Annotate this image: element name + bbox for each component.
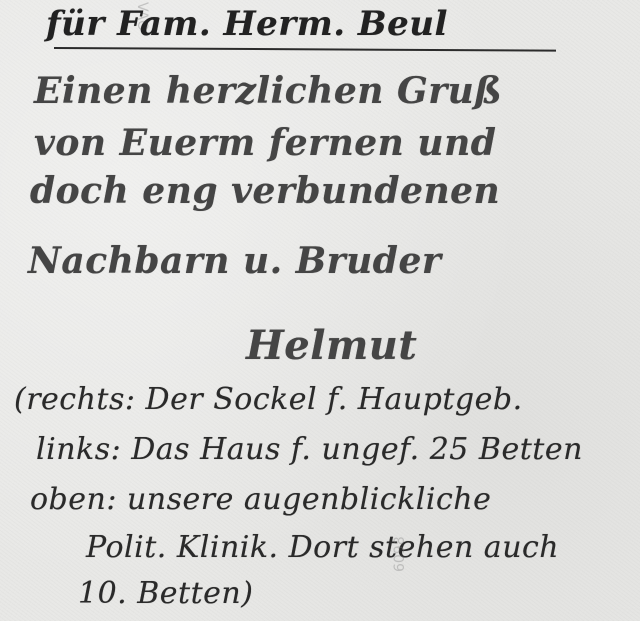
- handwritten-note-paper: VAO für Fam. Herm. Beul Einen herzlichen…: [0, 0, 640, 621]
- signature: Helmut: [246, 322, 417, 369]
- address-line: für Fam. Herm. Beul: [46, 4, 448, 44]
- greeting-line-2: von Euerm fernen und: [34, 122, 496, 164]
- caption-line-2: links: Das Haus f. ungef. 25 Betten: [36, 432, 583, 467]
- faint-archive-number: 6098: [392, 536, 408, 572]
- greeting-line-4: Nachbarn u. Bruder: [28, 240, 441, 282]
- caption-line-1: (rechts: Der Sockel f. Hauptgeb.: [14, 382, 523, 417]
- greeting-line-3: doch eng verbundenen: [30, 170, 500, 212]
- greeting-line-1: Einen herzlichen Gruß: [34, 70, 502, 112]
- address-underline: [54, 47, 556, 52]
- caption-line-3: oben: unsere augenblickliche: [30, 482, 491, 517]
- caption-line-5: 10. Betten): [78, 576, 253, 611]
- caption-line-4: Polit. Klinik. Dort stehen auch: [86, 530, 559, 565]
